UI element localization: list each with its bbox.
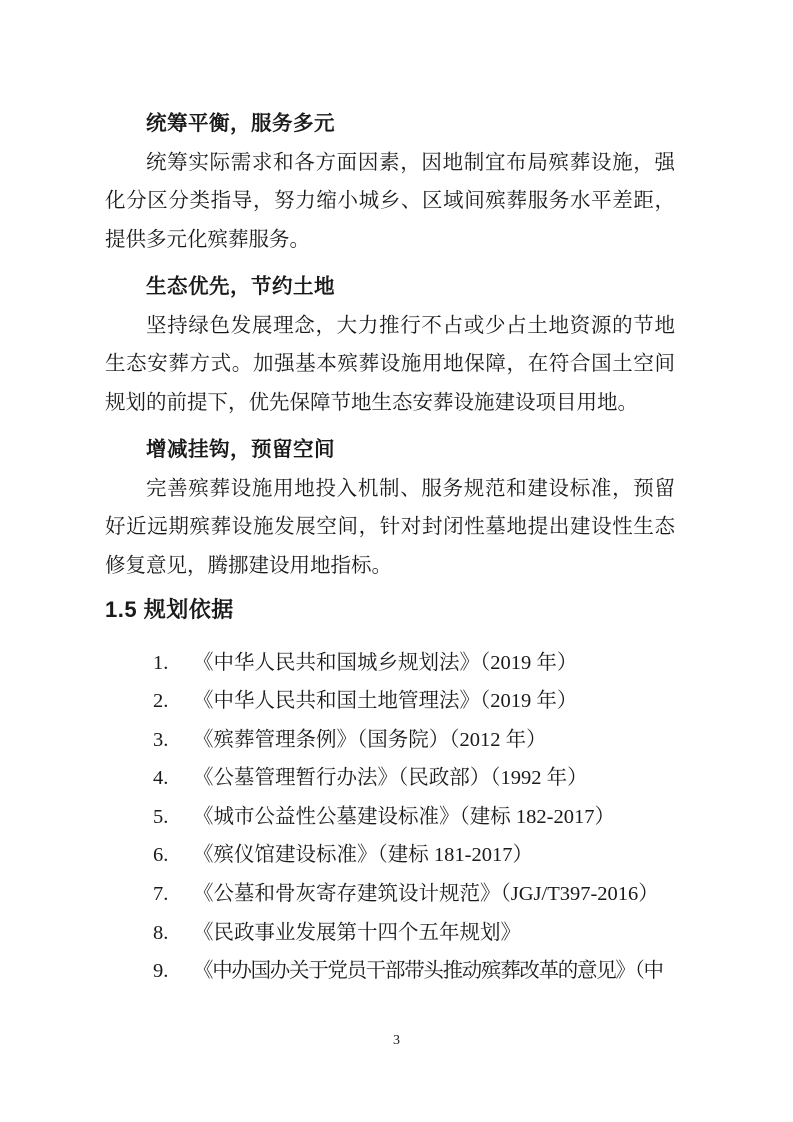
reference-item: 5.《城市公益性公墓建设标准》（建标 182-2017）: [105, 798, 675, 837]
reference-number: 2.: [153, 682, 193, 721]
reference-text: 《民政事业发展第十四个五年规划》: [193, 922, 521, 944]
reference-number: 8.: [153, 914, 193, 953]
reference-item: 2.《中华人民共和国土地管理法》（2019 年）: [105, 682, 675, 721]
page-footer: 3: [0, 1031, 793, 1049]
reference-text: 《殡仪馆建设标准》（建标 181-2017）: [193, 844, 533, 866]
reference-text: 《中华人民共和国土地管理法》（2019 年）: [193, 690, 577, 712]
reference-number: 1.: [153, 644, 193, 683]
policy-paragraph: 完善殡葬设施用地投入机制、服务规范和建设标准，预留好近远期殡葬设施发展空间，针对…: [105, 470, 675, 586]
reference-text: 《中华人民共和国城乡规划法》（2019 年）: [193, 652, 577, 674]
policy-section-reserve: 增减挂钩，预留空间 完善殡葬设施用地投入机制、服务规范和建设标准，预留好近远期殡…: [105, 431, 675, 585]
reference-item: 6.《殡仪馆建设标准》（建标 181-2017）: [105, 836, 675, 875]
reference-item: 7.《公墓和骨灰寄存建筑设计规范》（JGJ/T397-2016）: [105, 875, 675, 914]
reference-item: 3.《殡葬管理条例》（国务院）（2012 年）: [105, 721, 675, 760]
chapter-heading-planning-basis: 1.5 规划依据: [105, 591, 675, 630]
reference-item: 9.《中办国办关于党员干部带头推动殡葬改革的意见》（中: [105, 952, 675, 991]
reference-number: 7.: [153, 875, 193, 914]
reference-number: 9.: [153, 952, 193, 991]
reference-list: 1.《中华人民共和国城乡规划法》（2019 年） 2.《中华人民共和国土地管理法…: [105, 644, 675, 991]
reference-number: 5.: [153, 798, 193, 837]
page-content: 统筹平衡，服务多元 统筹实际需求和各方面因素，因地制宜布局殡葬设施，强化分区分类…: [105, 105, 675, 991]
policy-section-ecology: 生态优先，节约土地 坚持绿色发展理念，大力推行不占或少占土地资源的节地生态安葬方…: [105, 268, 675, 422]
reference-text: 《中办国办关于党员干部带头推动殡葬改革的意见》（中: [193, 960, 663, 982]
policy-paragraph: 统筹实际需求和各方面因素，因地制宜布局殡葬设施，强化分区分类指导，努力缩小城乡、…: [105, 144, 675, 260]
reference-number: 3.: [153, 721, 193, 760]
reference-number: 6.: [153, 836, 193, 875]
reference-text: 《城市公益性公墓建设标准》（建标 182-2017）: [193, 806, 615, 828]
policy-heading: 增减挂钩，预留空间: [105, 431, 675, 470]
reference-text: 《公墓和骨灰寄存建筑设计规范》（JGJ/T397-2016）: [193, 883, 659, 905]
reference-item: 8.《民政事业发展第十四个五年规划》: [105, 914, 675, 953]
reference-number: 4.: [153, 759, 193, 798]
policy-heading: 统筹平衡，服务多元: [105, 105, 675, 144]
policy-heading: 生态优先，节约土地: [105, 268, 675, 307]
page-number: 3: [393, 1033, 400, 1048]
policy-paragraph: 坚持绿色发展理念，大力推行不占或少占土地资源的节地生态安葬方式。加强基本殡葬设施…: [105, 307, 675, 423]
reference-item: 1.《中华人民共和国城乡规划法》（2019 年）: [105, 644, 675, 683]
policy-section-balance: 统筹平衡，服务多元 统筹实际需求和各方面因素，因地制宜布局殡葬设施，强化分区分类…: [105, 105, 675, 259]
reference-text: 《殡葬管理条例》（国务院）（2012 年）: [193, 729, 547, 751]
reference-text: 《公墓管理暂行办法》（民政部）（1992 年）: [193, 767, 588, 789]
reference-item: 4.《公墓管理暂行办法》（民政部）（1992 年）: [105, 759, 675, 798]
